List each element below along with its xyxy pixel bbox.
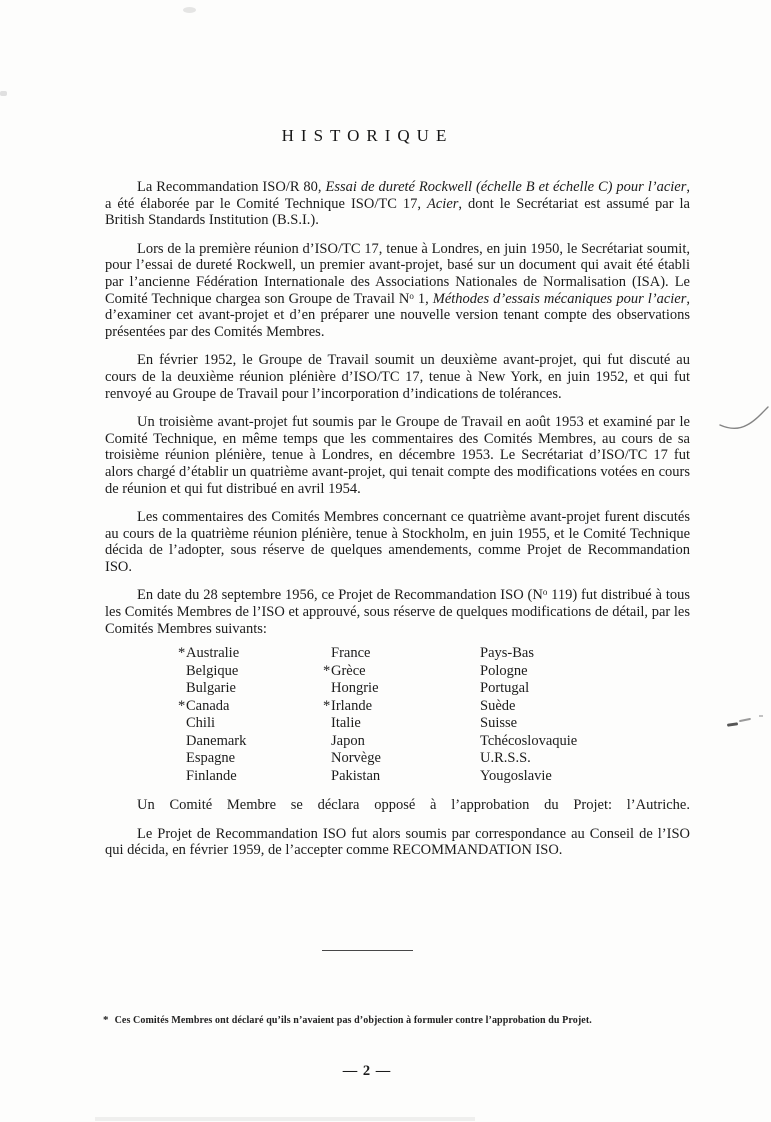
country-name: Pologne <box>480 663 528 679</box>
page-title: HISTORIQUE <box>75 124 660 148</box>
member-country-row: Pologne <box>472 663 690 681</box>
member-country-row: Finlande <box>178 768 323 786</box>
country-name: U.R.S.S. <box>480 750 531 766</box>
scan-artifact-speck <box>759 715 763 717</box>
member-country-row: U.R.S.S. <box>472 750 690 768</box>
paragraph-adoption: Le Projet de Recommandation ISO fut alor… <box>105 826 690 859</box>
footnote-asterisk-marker: * <box>103 1014 109 1026</box>
country-name: Pays-Bas <box>480 645 534 661</box>
member-country-row: Yougoslavie <box>472 768 690 786</box>
page-number: — 2 — <box>0 1063 734 1080</box>
country-name: Japon <box>331 733 365 749</box>
scan-artifact-pen-curve <box>719 403 771 436</box>
paragraph-opposition: Un Comité Membre se déclara opposé à l’a… <box>105 797 690 814</box>
paragraph-fourth-draft: Les commentaires des Comités Membres con… <box>105 509 690 575</box>
member-country-row: France <box>323 645 472 663</box>
country-approval-asterisk: * <box>323 698 331 716</box>
member-country-row: Espagne <box>178 750 323 768</box>
member-country-row: Tchécoslovaquie <box>472 733 690 751</box>
country-name: Finlande <box>186 768 237 784</box>
country-name: Chili <box>186 715 215 731</box>
member-country-row: Hongrie <box>323 680 472 698</box>
paragraph-draft-119: En date du 28 septembre 1956, ce Projet … <box>105 587 690 637</box>
text-block: HISTORIQUE La Recommandation ISO/R 80, E… <box>105 0 690 859</box>
paragraph-third-draft: Un troisième avant-projet fut soumis par… <box>105 414 690 497</box>
country-name: Tchécoslovaquie <box>480 733 577 749</box>
country-approval-asterisk: * <box>178 698 186 716</box>
scan-artifact-left-edge-mark <box>0 91 7 96</box>
country-name: Suède <box>480 698 515 714</box>
scan-artifact-dash-mark-light <box>739 718 751 722</box>
paragraph-second-draft: En février 1952, le Groupe de Travail so… <box>105 352 690 402</box>
member-country-row: *Grèce <box>323 663 472 681</box>
country-name: Pakistan <box>331 768 380 784</box>
country-name: Portugal <box>480 680 529 696</box>
country-approval-asterisk: * <box>323 663 331 681</box>
country-approval-asterisk: * <box>178 645 186 663</box>
member-country-row: Bulgarie <box>178 680 323 698</box>
country-name: Irlande <box>331 698 372 714</box>
country-name: Grèce <box>331 663 366 679</box>
member-country-row: Pays-Bas <box>472 645 690 663</box>
scan-artifact-bottom-edge <box>95 1117 475 1121</box>
country-name: Canada <box>186 698 229 714</box>
country-name: Yougoslavie <box>480 768 552 784</box>
paragraph-first-meeting: Lors de la première réunion d’ISO/TC 17,… <box>105 241 690 341</box>
scan-artifact-top-speck <box>183 7 196 13</box>
footnote-text: Ces Comités Membres ont déclaré qu’ils n… <box>115 1015 592 1026</box>
member-country-row: *Irlande <box>323 698 472 716</box>
member-country-row: Chili <box>178 715 323 733</box>
country-name: Bulgarie <box>186 680 236 696</box>
country-name: Danemark <box>186 733 246 749</box>
member-country-row: Italie <box>323 715 472 733</box>
member-country-row: Belgique <box>178 663 323 681</box>
member-country-row: Suède <box>472 698 690 716</box>
member-countries-list: *AustralieBelgiqueBulgarie*CanadaChiliDa… <box>178 645 690 785</box>
member-country-row: Danemark <box>178 733 323 751</box>
country-name: Belgique <box>186 663 238 679</box>
member-country-row: Pakistan <box>323 768 472 786</box>
member-column-3: Pays-BasPolognePortugalSuèdeSuisseTchéco… <box>472 645 690 785</box>
member-country-row: Japon <box>323 733 472 751</box>
member-country-row: *Canada <box>178 698 323 716</box>
member-column-1: *AustralieBelgiqueBulgarie*CanadaChiliDa… <box>178 645 323 785</box>
document-page: HISTORIQUE La Recommandation ISO/R 80, E… <box>0 0 771 1122</box>
footnote-divider <box>322 950 413 951</box>
country-name: Suisse <box>480 715 517 731</box>
member-country-row: Norvège <box>323 750 472 768</box>
member-country-row: *Australie <box>178 645 323 663</box>
member-country-row: Suisse <box>472 715 690 733</box>
scan-artifact-dash-mark <box>727 722 738 726</box>
country-name: Australie <box>186 645 239 661</box>
member-country-row: Portugal <box>472 680 690 698</box>
paragraph-intro: La Recommandation ISO/R 80, Essai de dur… <box>105 179 690 229</box>
footnote: *Ces Comités Membres ont déclaré qu’ils … <box>103 1014 592 1026</box>
country-name: Norvège <box>331 750 381 766</box>
country-name: Espagne <box>186 750 235 766</box>
country-name: France <box>331 645 370 661</box>
member-column-2: France*GrèceHongrie*IrlandeItalieJaponNo… <box>323 645 472 785</box>
country-name: Italie <box>331 715 361 731</box>
country-name: Hongrie <box>331 680 379 696</box>
